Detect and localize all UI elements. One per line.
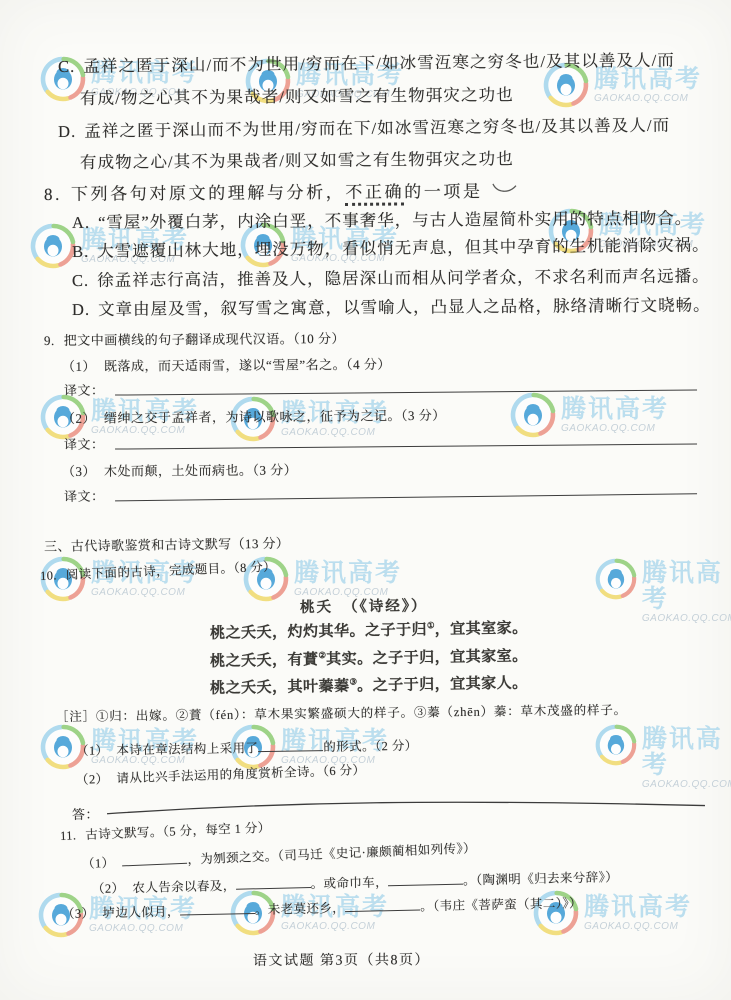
q11-item-3-label: （3）: [62, 906, 95, 921]
fill-in-blank: [388, 872, 463, 887]
q8-option-c-label: C.: [72, 271, 89, 290]
q8-option-c-text: 徐孟祥志行高洁，推善及人，隐居深山而相从问学者众，不求名利而声名远播。: [97, 267, 710, 290]
q9-number: 9.: [44, 333, 55, 348]
poem-title: 桃夭: [300, 600, 333, 616]
q11-item-3-post: 。（韦庄《菩萨蛮（其二）》）: [420, 896, 582, 913]
q9-answer-row-3: 译文：: [64, 478, 697, 505]
section-3-title: 三、古代诗歌鉴赏和古诗文默写（13 分）: [44, 536, 289, 554]
q10-number: 10.: [40, 568, 57, 583]
q11-item-2-label: （2）: [92, 881, 125, 896]
q8-option-a-text: “雪屋”外覆白茅，内涂白垩，不事奢华，与古人造屋简朴实用的特点相吻合。: [98, 209, 692, 232]
poem-line-3: 桃之夭夭，其叶蓁蓁③。之子于归，宜其家人。: [210, 671, 528, 698]
q8-stem-post: 的一项是: [404, 182, 483, 202]
answer-blank-line: [115, 443, 697, 449]
fill-in-blank: [258, 738, 323, 752]
poem-title-row: 桃夭（《诗经》）: [300, 594, 428, 617]
fill-in-blank: [345, 898, 420, 913]
q9-item-1: （1）既落成，而天适雨雪，遂以“雪屋”名之。（4 分）: [62, 354, 391, 375]
q10-answer-label: 答：: [72, 807, 99, 822]
option-c-label: C.: [58, 57, 76, 76]
q11-item-2-post: 。（陶渊明《归去来兮辞》）: [463, 870, 618, 888]
q10-sub-1: （1）本诗在章法结构上采用了的形式。（2 分）: [76, 736, 418, 759]
option-c-text1: 孟祥之匿于深山/而不为世用/穷而在下/如冰雪沍寒之穷冬也/及其以善及人/而: [83, 51, 675, 76]
q8-option-d-text: 文章由屋及雪，叙写雪之寓意，以雪喻人，凸显人之品格，脉络清晰行文晓畅。: [98, 296, 711, 319]
section-3-heading: 三、古代诗歌鉴赏和古诗文默写（13 分）: [44, 533, 290, 555]
q10-sub-1-label: （1）: [76, 743, 109, 758]
option-c-line1: C.孟祥之匿于深山/而不为世用/穷而在下/如冰雪沍寒之穷冬也/及其以善及人/而: [58, 47, 675, 77]
option-d-text1: 孟祥之匿于深山而不为世用/穷而在下/如冰雪沍寒之穷冬也/及其以善及人/而: [84, 116, 670, 141]
q9-item-1-text: 既落成，而天适雨雪，遂以“雪屋”名之。（4 分）: [104, 357, 391, 374]
q9-stem: 9.把文中画横线的句子翻译成现代汉语。（10 分）: [44, 328, 345, 349]
q8-stem: 8.下列各句对原文的理解与分析，不正确的一项是: [44, 177, 517, 205]
q10-sub-1-post: 的形式。（2 分）: [323, 739, 417, 754]
q9-item-2-text: 缙绅之交于孟祥者，为诗以歌咏之，征予为之记。（3 分）: [104, 408, 446, 426]
q8-option-d-label: D.: [72, 300, 90, 319]
option-c-line2: 有成/物之心其不为果哉者/则又如雪之有生物弭灾之功也: [80, 81, 514, 109]
fill-in-blank: [180, 901, 255, 916]
q11-number: 11.: [60, 828, 77, 843]
option-d-line2: 有成物之心/其不为果哉者/则又如雪之有生物弭灾之功也: [80, 145, 514, 173]
q9-answer-row-2: 译文：: [64, 428, 697, 453]
q11-item-3: （3）垆边人似月，。未老莫还乡，。（韦庄《菩萨蛮（其二）》）: [62, 893, 582, 922]
q11-item-2: （2）农人告余以春及，。或命巾车，。（陶渊明《归去来兮辞》）: [92, 867, 619, 897]
option-d-line1: D.孟祥之匿于深山而不为世用/穷而在下/如冰雪沍寒之穷冬也/及其以善及人/而: [58, 112, 670, 142]
q9-answer-label-3: 译文：: [64, 486, 105, 505]
q10-answer-row: 答：: [72, 797, 707, 823]
q10-sub-2: （2）请从比兴手法运用的角度赏析全诗。（6 分）: [76, 760, 366, 788]
q8-option-b: B.大雪遮覆山林大地，埋没万物，看似悄无声息，但其中孕育的生机能消除灾祸。: [72, 231, 710, 262]
poem-line-2: 桃之夭夭，有蕡②其实。之子于归，宜其家室。: [210, 644, 528, 671]
scanned-exam-page: 腾讯高考 GAOKAO.QQ.COM 腾讯高考 GAOKAO.QQ.COM: [0, 0, 731, 1000]
q9-answer-row-1: 译文：: [64, 374, 697, 399]
stray-pen-mark: [491, 181, 517, 195]
q10-sub-2-label: （2）: [76, 772, 109, 787]
q9-answer-label-1: 译文：: [64, 380, 105, 399]
q8-stem-emphasis: 不正确: [345, 182, 404, 205]
fill-in-blank: [235, 875, 310, 890]
option-c-text2: 有成/物之心其不为果哉者/则又如雪之有生物弭灾之功也: [80, 85, 514, 108]
answer-blank-line: [115, 493, 697, 501]
q11-item-1: （1），为刎颈之交。（司马迁《史记·廉颇蔺相如列传》）: [82, 838, 477, 872]
q11-item-2-mid: 。或命巾车，: [310, 875, 388, 891]
q9-item-2: （2）缙绅之交于孟祥者，为诗以歌咏之，征予为之记。（3 分）: [62, 405, 446, 427]
page-footer: 语文试题 第3页（共8页）: [253, 949, 430, 970]
q9-item-2-label: （2）: [62, 411, 96, 426]
q10-sub-2-text: 请从比兴手法运用的角度赏析全诗。（6 分）: [116, 763, 365, 786]
exam-content: C.孟祥之匿于深山/而不为世用/穷而在下/如冰雪沍寒之穷冬也/及其以善及人/而 …: [0, 0, 731, 1000]
fill-in-blank: [122, 851, 187, 867]
option-d-text2: 有成物之心/其不为果哉者/则又如雪之有生物弭灾之功也: [80, 149, 514, 172]
q9-item-3-label: （3）: [62, 464, 96, 479]
answer-curved-line: [107, 797, 707, 817]
q10-stem-text: 阅读下面的古诗，完成题目。（8 分）: [66, 560, 277, 582]
q8-option-d: D.文章由屋及雪，叙写雪之寓意，以雪喻人，凸显人之品格，脉络清晰行文晓畅。: [72, 292, 711, 320]
q11-item-1-post: ，为刎颈之交。（司马迁《史记·廉颇蔺相如列传》）: [187, 841, 476, 867]
q11-stem-text: 古诗文默写。（5 分，每空 1 分）: [85, 821, 271, 842]
q8-number: 8.: [44, 185, 62, 204]
q11-item-1-label: （1）: [82, 856, 115, 871]
q8-option-b-label: B.: [72, 242, 89, 261]
q8-option-c: C.徐孟祥志行高洁，推善及人，隐居深山而相从问学者众，不求名利而声名远播。: [72, 263, 710, 291]
q10-stem: 10.阅读下面的古诗，完成题目。（8 分）: [40, 557, 277, 584]
poem-note: ［注］①归：出嫁。②蕡（fén）：草木果实繁盛硕大的样子。③蓁（zhēn）蓁：草…: [56, 700, 627, 725]
q9-answer-label-2: 译文：: [64, 434, 105, 453]
q9-item-1-label: （1）: [62, 359, 96, 374]
poem-source: （《诗经》）: [343, 598, 428, 615]
option-d-label: D.: [58, 122, 76, 141]
q11-item-2-pre: 农人告余以春及，: [132, 879, 235, 895]
q8-stem-pre: 下列各句对原文的理解与分析，: [71, 183, 346, 204]
q10-sub-1-pre: 本诗在章法结构上采用了: [116, 741, 258, 757]
q9-stem-text: 把文中画横线的句子翻译成现代汉语。（10 分）: [64, 331, 345, 348]
answer-blank-line: [115, 389, 697, 395]
q8-option-a: A.“雪屋”外覆白茅，内涂白垩，不事奢华，与古人造屋简朴实用的特点相吻合。: [72, 205, 692, 233]
q8-option-b-text: 大雪遮覆山林大地，埋没万物，看似悄无声息，但其中孕育的生机能消除灾祸。: [97, 235, 710, 260]
q11-item-3-mid: 。未老莫还乡，: [255, 901, 346, 917]
q8-option-a-label: A.: [72, 213, 90, 232]
q11-item-3-pre: 垆边人似月，: [102, 905, 180, 921]
q9-item-3: （3）木处而颠，土处而病也。（3 分）: [62, 459, 297, 480]
q9-item-3-text: 木处而颠，土处而病也。（3 分）: [104, 462, 297, 478]
poem-line-1: 桃之夭夭，灼灼其华。之子于归①，宜其室家。: [210, 616, 528, 643]
